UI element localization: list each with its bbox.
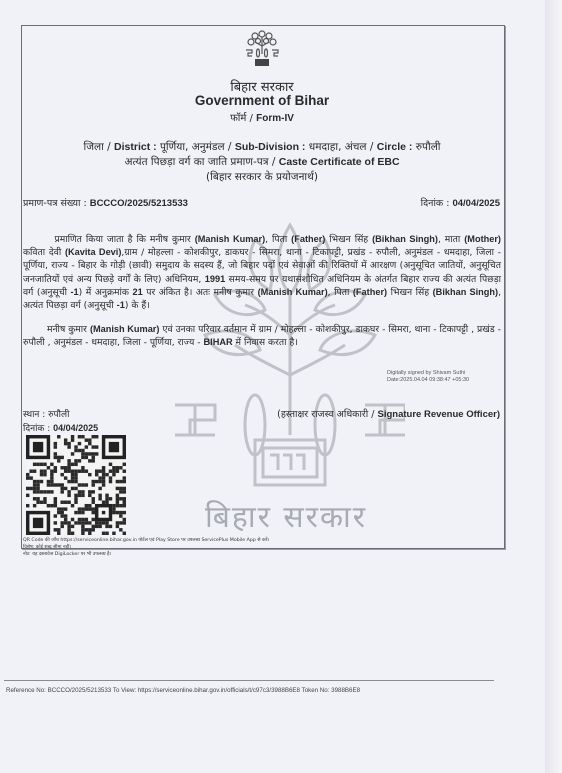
jurisdiction-line: जिला / District : पूर्णिया, अनुमंडल / Su… <box>21 140 503 154</box>
issue-date: दिनांक : 04/04/2025 <box>23 421 98 434</box>
page-edge <box>545 0 562 773</box>
qr-code-icon <box>26 435 126 535</box>
signature-officer-label: (हस्ताक्षर राजस्व अधिकारी / Signature Re… <box>277 407 500 420</box>
qr-notes: QR Code की जाँच https://serviceonline.bi… <box>23 537 269 558</box>
footer-divider <box>4 680 494 681</box>
residence-paragraph: मनीष कुमार (Manish Kumar) एवं उनका परिवा… <box>23 323 501 349</box>
bihar-government-emblem-icon <box>243 28 281 68</box>
reference-line: Reference No: BCCCO/2025/5213533 To View… <box>6 687 360 694</box>
certificate-purpose: (बिहार सरकार के प्रयोजनार्थ) <box>21 170 503 184</box>
certification-paragraph: प्रमाणित किया जाता है कि मनीष कुमार (Man… <box>23 233 501 312</box>
form-label: फॉर्म / Form-IV <box>21 110 503 124</box>
digital-signature: Digitally signed by Shivam Suthi Date:20… <box>387 370 469 384</box>
place: स्थान : रुपौली <box>23 407 69 420</box>
certificate-title: अत्यंत पिछड़ा वर्ग का जाति प्रमाण-पत्र /… <box>21 155 503 169</box>
certificate-number: प्रमाण-पत्र संख्या : BCCCO/2025/5213533 <box>23 196 188 209</box>
header-english-title: Government of Bihar <box>21 93 503 108</box>
certificate-date: दिनांक : 04/04/2025 <box>421 196 500 209</box>
